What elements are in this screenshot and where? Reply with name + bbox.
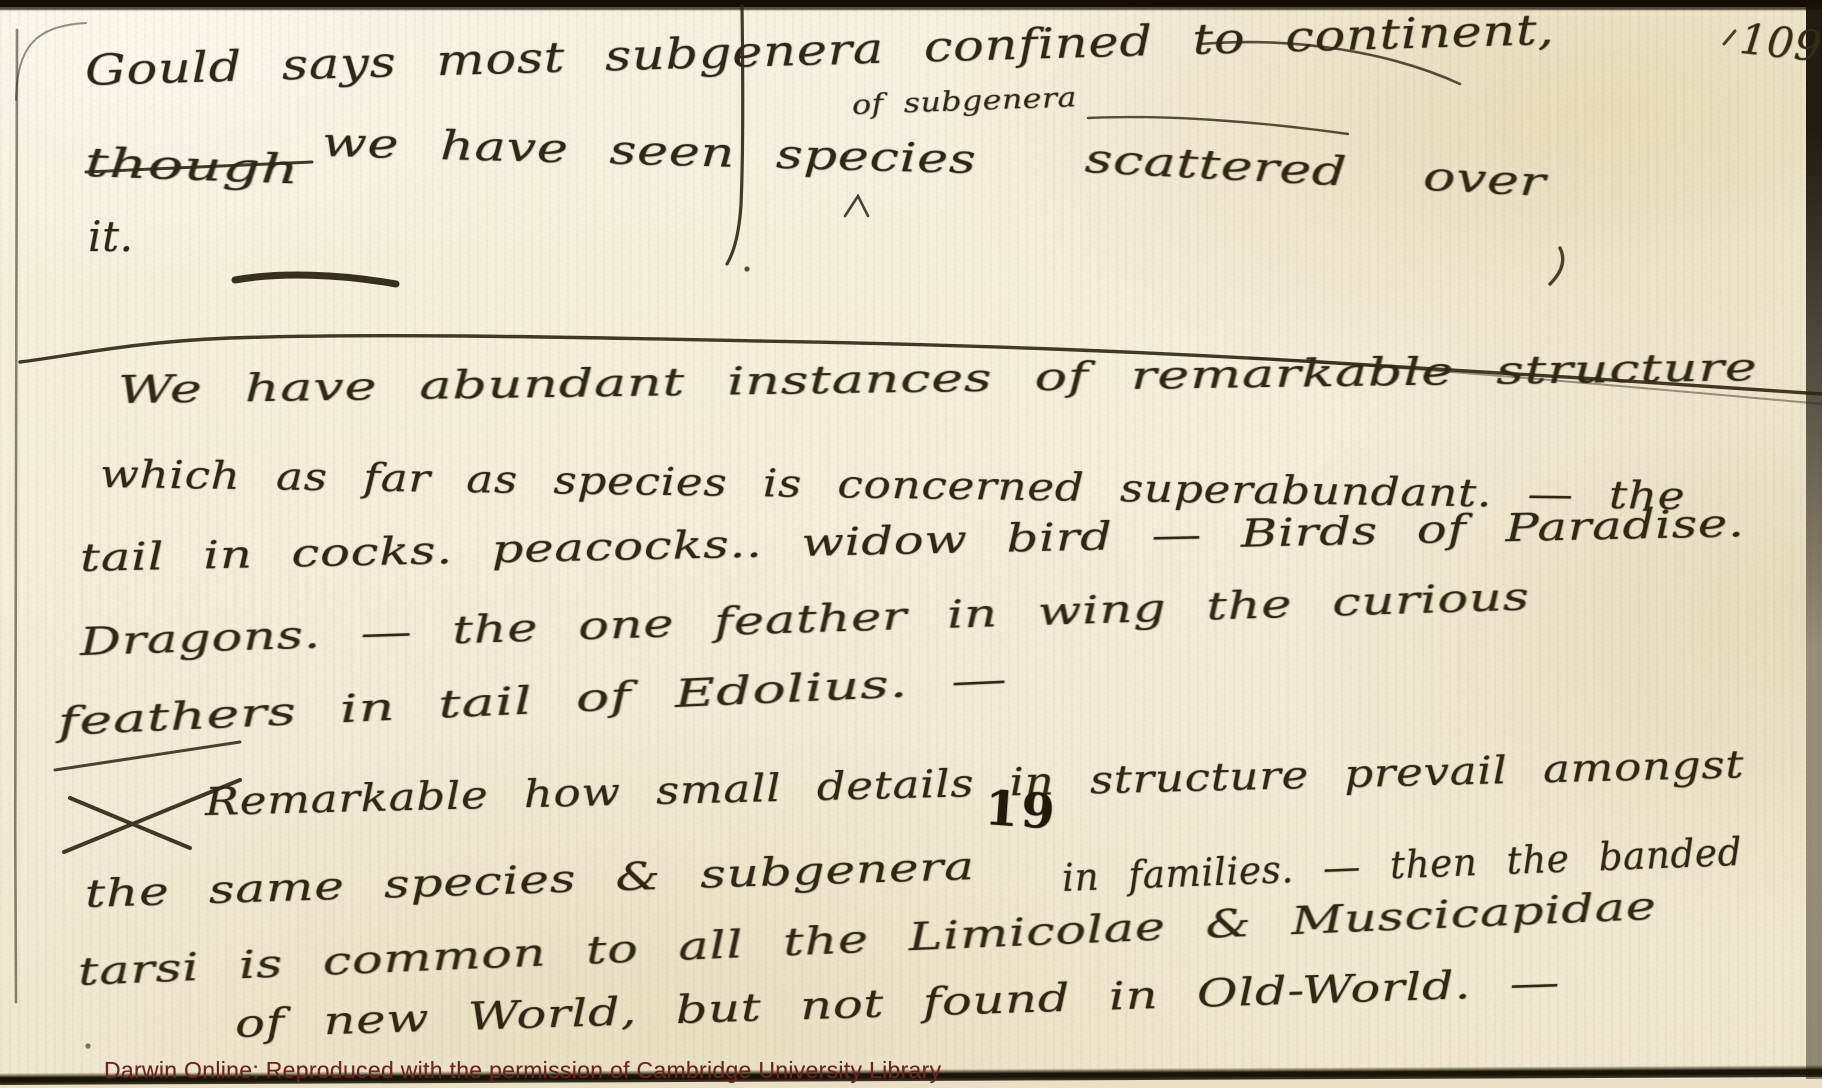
handwriting-line: the same species & subgenera xyxy=(84,844,975,916)
handwriting-line: We have abundant instances of remarkable… xyxy=(118,345,1758,412)
handwriting-line: we have seen species xyxy=(321,120,977,183)
handwriting-layer: 109 Gould says most subgenera confined t… xyxy=(0,0,1822,1088)
strikethrough-word: though xyxy=(84,140,300,193)
handwriting-line: Remarkable how small details in structur… xyxy=(204,742,1744,824)
inserted-text: of subgenera xyxy=(851,82,1077,121)
page-number: 109 xyxy=(1737,14,1822,71)
handwriting-line: tail in cocks. peacocks.. widow bird — B… xyxy=(80,501,1745,580)
attribution-caption: Darwin Online: Reproduced with the permi… xyxy=(104,1057,941,1084)
handwriting-line: Dragons. — the one feather in wing the c… xyxy=(79,574,1530,664)
handwriting-line: Gould says most subgenera confined to co… xyxy=(84,5,1555,95)
inserted-number: 19 xyxy=(983,780,1059,841)
handwriting-line: scattered over xyxy=(1084,136,1547,206)
handwriting-line: it. xyxy=(88,212,134,261)
manuscript-scan: 109 Gould says most subgenera confined t… xyxy=(0,0,1822,1088)
handwriting-line: feathers in tail of Edolius. — xyxy=(57,657,1008,744)
